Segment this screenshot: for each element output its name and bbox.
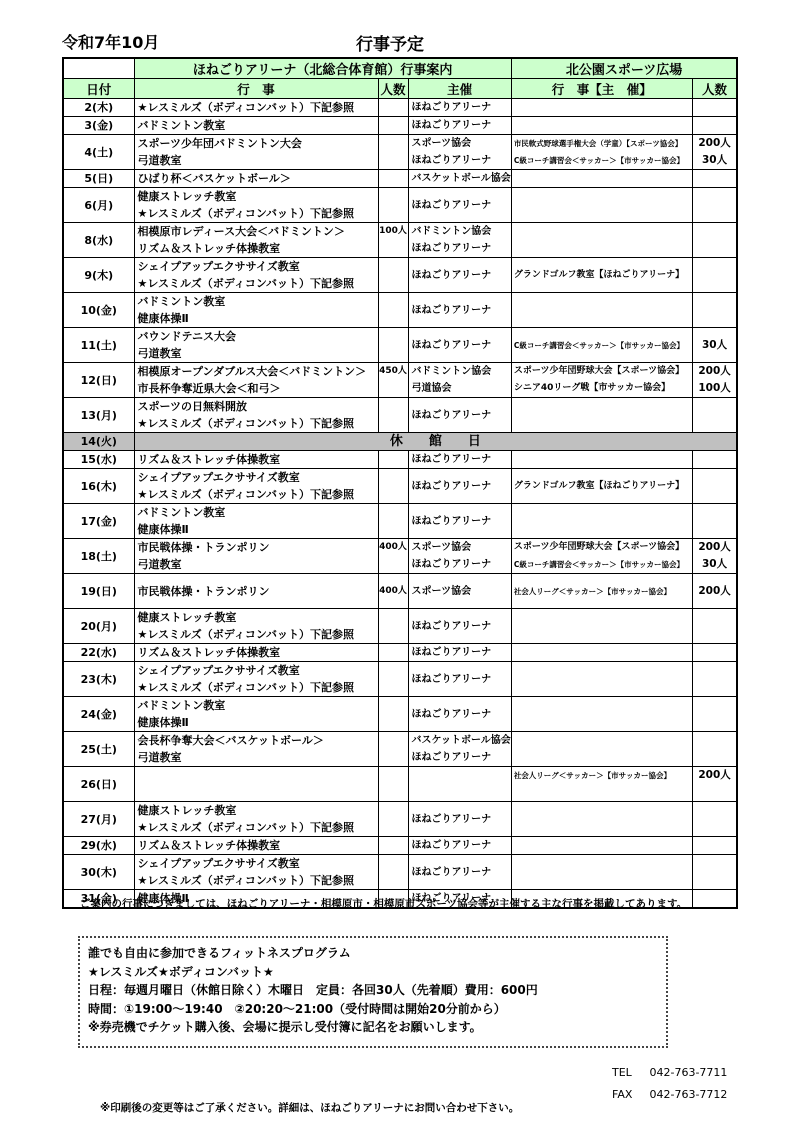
- park-count-cell: 200人: [692, 574, 737, 609]
- date-cell: 26(日): [63, 767, 134, 802]
- event-line: ★レスミルズ（ボディコンバット）下記参照: [135, 415, 378, 432]
- park-count-cell: [692, 662, 737, 697]
- organizer-line: ほねごりアリーナ: [409, 302, 511, 319]
- organizer-line: ほねごりアリーナ: [409, 671, 511, 688]
- closed-day-row: 14(火)休 館 日: [63, 433, 737, 451]
- fitness-program-box: 誰でも自由に参加できるフィットネスプログラム ★レスミルズ★ボディコンバット★ …: [78, 936, 668, 1048]
- organizer-line: ほねごりアリーナ: [409, 337, 511, 354]
- park-event-line: C級コーチ講習会＜サッカー＞【市サッカー協会】: [512, 337, 692, 354]
- event-line: 健康ストレッチ教室: [135, 609, 378, 626]
- event-line: バドミントン教室: [135, 117, 378, 134]
- schedule-row: 8(水)相模原市レディース大会＜バドミントン＞リズム＆ストレッチ体操教室100人…: [63, 223, 737, 258]
- park-event-cell: [511, 293, 692, 328]
- organizer-cell: ほねごりアリーナ: [408, 99, 511, 117]
- event-cell: シェイプアップエクササイズ教室★レスミルズ（ボディコンバット）下記参照: [134, 258, 378, 293]
- date-label: 26(日): [64, 776, 134, 793]
- event-cell: バドミントン教室健康体操Ⅱ: [134, 504, 378, 539]
- date-label: 24(金): [64, 706, 134, 723]
- park-count-cell: [692, 504, 737, 539]
- park-event-line: C級コーチ講習会＜サッカー＞【市サッカー協会】: [512, 556, 692, 573]
- event-line: ★レスミルズ（ボディコンバット）下記参照: [135, 486, 378, 503]
- park-event-line: 社会人リーグ＜サッカー＞【市サッカー協会】: [512, 583, 692, 600]
- organizer-cell: ほねごりアリーナ: [408, 258, 511, 293]
- fax-label: FAX: [612, 1084, 646, 1106]
- park-count-cell: [692, 223, 737, 258]
- park-event-cell: 社会人リーグ＜サッカー＞【市サッカー協会】: [511, 574, 692, 609]
- organizer-line: ほねごりアリーナ: [409, 197, 511, 214]
- event-line: バドミントン教室: [135, 293, 378, 310]
- date-cell: 25(土): [63, 732, 134, 767]
- park-count-line: 30人: [693, 556, 737, 573]
- park-event-cell: [511, 837, 692, 855]
- count-cell: [378, 188, 408, 223]
- count-cell: [378, 293, 408, 328]
- date-cell: 14(火): [63, 433, 134, 451]
- event-line: ★レスミルズ（ボディコンバット）下記参照: [135, 626, 378, 643]
- event-line: リズム＆ストレッチ体操教室: [135, 451, 378, 468]
- event-column-header: 行 事: [134, 79, 378, 99]
- park-count-cell: [692, 732, 737, 767]
- park-count-cell: [692, 890, 737, 909]
- event-cell: スポーツの日無料開放★レスミルズ（ボディコンバット）下記参照: [134, 398, 378, 433]
- organizer-cell: ほねごりアリーナ: [408, 504, 511, 539]
- count-cell: [378, 117, 408, 135]
- event-line: ★レスミルズ（ボディコンバット）下記参照: [135, 679, 378, 696]
- tel-label: TEL: [612, 1062, 646, 1084]
- event-line: ひばり杯＜バスケットボール＞: [135, 170, 378, 187]
- date-cell: 3(金): [63, 117, 134, 135]
- park-count-cell: 200人: [692, 767, 737, 802]
- event-line: 弓道教室: [135, 152, 378, 169]
- date-cell: 15(水): [63, 451, 134, 469]
- park-event-cell: [511, 644, 692, 662]
- schedule-row: 15(水)リズム＆ストレッチ体操教室ほねごりアリーナ: [63, 451, 737, 469]
- count-line: 450人: [379, 363, 408, 380]
- schedule-row: 10(金)バドミントン教室健康体操Ⅱほねごりアリーナ: [63, 293, 737, 328]
- park-event-cell: [511, 99, 692, 117]
- event-line: 健康体操Ⅱ: [135, 714, 378, 731]
- date-cell: 13(月): [63, 398, 134, 433]
- schedule-row: 17(金)バドミントン教室健康体操Ⅱほねごりアリーナ: [63, 504, 737, 539]
- park-group-header: 北公園スポーツ広場: [511, 58, 737, 79]
- organizer-cell: [408, 767, 511, 802]
- schedule-row: 30(木)シェイプアップエクササイズ教室★レスミルズ（ボディコンバット）下記参照…: [63, 855, 737, 890]
- park-event-column-header: 行 事【主 催】: [511, 79, 692, 99]
- park-count-cell: [692, 293, 737, 328]
- date-cell: 18(土): [63, 539, 134, 574]
- organizer-line: ほねごりアリーナ: [409, 152, 511, 169]
- fitness-line: 日程：毎週月曜日（休館日除く）木曜日 定員：各回30人（先着順）費用：600円: [88, 981, 658, 1000]
- date-label: 8(水): [64, 232, 134, 249]
- park-event-cell: [511, 802, 692, 837]
- count-cell: [378, 855, 408, 890]
- schedule-row: 16(木)シェイプアップエクササイズ教室★レスミルズ（ボディコンバット）下記参照…: [63, 469, 737, 504]
- park-event-cell: [511, 732, 692, 767]
- park-count-cell: 30人: [692, 328, 737, 363]
- event-line: スポーツの日無料開放: [135, 398, 378, 415]
- schedule-row: 11(土)バウンドテニス大会弓道教室ほねごりアリーナC級コーチ講習会＜サッカー＞…: [63, 328, 737, 363]
- park-count-cell: [692, 855, 737, 890]
- closed-label: 休 館 日: [135, 433, 737, 450]
- date-cell: 24(金): [63, 697, 134, 732]
- organizer-cell: ほねごりアリーナ: [408, 293, 511, 328]
- event-line: 市民戦体操・トランポリン: [135, 583, 378, 600]
- schedule-row: 18(土)市民戦体操・トランポリン弓道教室400人スポーツ協会ほねごりアリーナス…: [63, 539, 737, 574]
- date-label: 11(土): [64, 337, 134, 354]
- organizer-line: 弓道協会: [409, 380, 511, 397]
- count-cell: 400人: [378, 539, 408, 574]
- organizer-cell: バドミントン協会ほねごりアリーナ: [408, 223, 511, 258]
- column-header-row: 日付 行 事 人数 主催 行 事【主 催】 人数: [63, 79, 737, 99]
- schedule-row: 19(日)市民戦体操・トランポリン400人スポーツ協会社会人リーグ＜サッカー＞【…: [63, 574, 737, 609]
- organizer-line: ほねごりアリーナ: [409, 706, 511, 723]
- event-line: 弓道教室: [135, 556, 378, 573]
- organizer-line: ほねごりアリーナ: [409, 837, 511, 854]
- park-event-line: 市民軟式野球選手権大会（学童）【スポーツ協会】: [512, 135, 692, 152]
- count-cell: [378, 99, 408, 117]
- count-cell: [378, 504, 408, 539]
- tel-number: 042-763-7711: [650, 1066, 728, 1079]
- event-line: バドミントン教室: [135, 697, 378, 714]
- park-count-line: 200人: [693, 767, 737, 784]
- date-label: 9(木): [64, 267, 134, 284]
- park-event-cell: C級コーチ講習会＜サッカー＞【市サッカー協会】: [511, 328, 692, 363]
- schedule-row: 22(水)リズム＆ストレッチ体操教室ほねごりアリーナ: [63, 644, 737, 662]
- park-count-line: 30人: [693, 337, 737, 354]
- organizer-line: ほねごりアリーナ: [409, 864, 511, 881]
- event-cell: 会長杯争奪大会＜バスケットボール＞弓道教室: [134, 732, 378, 767]
- event-line: 市長杯争奪近県大会＜和弓＞: [135, 380, 378, 397]
- event-line: リズム＆ストレッチ体操教室: [135, 644, 378, 661]
- organizer-cell: バスケットボール協会: [408, 170, 511, 188]
- organizer-line: ほねごりアリーナ: [409, 556, 511, 573]
- count-line: 400人: [379, 539, 408, 556]
- park-count-cell: [692, 469, 737, 504]
- date-label: 16(木): [64, 478, 134, 495]
- event-cell: 相模原市レディース大会＜バドミントン＞リズム＆ストレッチ体操教室: [134, 223, 378, 258]
- date-label: 17(金): [64, 513, 134, 530]
- park-event-cell: グランドゴルフ教室【ほねごりアリーナ】: [511, 469, 692, 504]
- organizer-cell: バスケットボール協会ほねごりアリーナ: [408, 732, 511, 767]
- date-label: 20(月): [64, 618, 134, 635]
- organizer-cell: ほねごりアリーナ: [408, 117, 511, 135]
- date-cell: 12(日): [63, 363, 134, 398]
- fitness-line: 時間：①19:00～19:40 ②20:20～21:00（受付時間は開始20分前…: [88, 1000, 658, 1019]
- count-line: [379, 556, 408, 573]
- date-cell: 2(木): [63, 99, 134, 117]
- date-cell: 16(木): [63, 469, 134, 504]
- count-cell: [378, 135, 408, 170]
- organizer-cell: ほねごりアリーナ: [408, 802, 511, 837]
- organizer-line: ほねごりアリーナ: [409, 240, 511, 257]
- event-cell: シェイプアップエクササイズ教室★レスミルズ（ボディコンバット）下記参照: [134, 662, 378, 697]
- count-cell: [378, 170, 408, 188]
- park-event-cell: [511, 117, 692, 135]
- closed-label-cell: 休 館 日: [134, 433, 737, 451]
- event-line: 会長杯争奪大会＜バスケットボール＞: [135, 732, 378, 749]
- organizer-line: スポーツ協会: [409, 583, 511, 600]
- event-line: ★レスミルズ（ボディコンバット）下記参照: [135, 819, 378, 836]
- organizer-cell: ほねごりアリーナ: [408, 697, 511, 732]
- count-cell: [378, 609, 408, 644]
- organizer-cell: スポーツ協会ほねごりアリーナ: [408, 539, 511, 574]
- organizer-line: バスケットボール協会: [409, 732, 511, 749]
- event-line: 健康ストレッチ教室: [135, 188, 378, 205]
- schedule-note: ご案内の行事につきましては、ほねごりアリーナ・相模原市・相模原市スポーツ協会等が…: [80, 896, 687, 911]
- organizer-line: バドミントン協会: [409, 223, 511, 240]
- park-event-line: グランドゴルフ教室【ほねごりアリーナ】: [512, 267, 692, 284]
- event-cell: バドミントン教室: [134, 117, 378, 135]
- organizer-line: ほねごりアリーナ: [409, 513, 511, 530]
- date-label: 14(火): [64, 433, 134, 450]
- event-line: リズム＆ストレッチ体操教室: [135, 837, 378, 854]
- date-cell: 9(木): [63, 258, 134, 293]
- park-count-line: [693, 478, 737, 495]
- date-cell: 6(月): [63, 188, 134, 223]
- event-cell: シェイプアップエクササイズ教室★レスミルズ（ボディコンバット）下記参照: [134, 469, 378, 504]
- park-count-cell: [692, 258, 737, 293]
- date-column-header: 日付: [63, 79, 134, 99]
- schedule-row: 6(月)健康ストレッチ教室★レスミルズ（ボディコンバット）下記参照ほねごりアリー…: [63, 188, 737, 223]
- count-cell: [378, 697, 408, 732]
- organizer-line: ほねごりアリーナ: [409, 267, 511, 284]
- event-line: ★レスミルズ（ボディコンバット）下記参照: [135, 205, 378, 222]
- park-event-cell: グランドゴルフ教室【ほねごりアリーナ】: [511, 258, 692, 293]
- event-cell: 市民戦体操・トランポリン: [134, 574, 378, 609]
- event-cell: 健康ストレッチ教室★レスミルズ（ボディコンバット）下記参照: [134, 609, 378, 644]
- event-line: ★レスミルズ（ボディコンバット）下記参照: [135, 275, 378, 292]
- park-event-cell: [511, 188, 692, 223]
- park-event-line: グランドゴルフ教室【ほねごりアリーナ】: [512, 478, 692, 495]
- event-line: 弓道教室: [135, 345, 378, 362]
- schedule-row: 29(水)リズム＆ストレッチ体操教室ほねごりアリーナ: [63, 837, 737, 855]
- count-line: 100人: [379, 223, 408, 240]
- organizer-cell: ほねごりアリーナ: [408, 188, 511, 223]
- park-count-line: 30人: [693, 152, 737, 169]
- title-row: 令和7年10月 行事予定: [62, 30, 734, 53]
- event-line: バウンドテニス大会: [135, 328, 378, 345]
- count-line: [379, 380, 408, 397]
- organizer-line: ほねごりアリーナ: [409, 407, 511, 424]
- event-cell: リズム＆ストレッチ体操教室: [134, 644, 378, 662]
- park-count-cell: [692, 451, 737, 469]
- event-line: シェイプアップエクササイズ教室: [135, 855, 378, 872]
- schedule-row: 2(木)★レスミルズ（ボディコンバット）下記参照ほねごりアリーナ: [63, 99, 737, 117]
- count-cell: [378, 767, 408, 802]
- park-count-cell: [692, 837, 737, 855]
- date-label: 22(水): [64, 644, 134, 661]
- park-count-cell: [692, 170, 737, 188]
- organizer-line: ほねごりアリーナ: [409, 618, 511, 635]
- contact-block: TEL 042-763-7711 FAX 042-763-7712: [612, 1062, 727, 1106]
- fitness-line: ★レスミルズ★ボディコンバット★: [88, 963, 658, 982]
- date-label: 5(日): [64, 170, 134, 187]
- date-cell: 19(日): [63, 574, 134, 609]
- organizer-cell: スポーツ協会ほねごりアリーナ: [408, 135, 511, 170]
- park-event-cell: 市民軟式野球選手権大会（学童）【スポーツ協会】C級コーチ講習会＜サッカー＞【市サ…: [511, 135, 692, 170]
- event-cell: 市民戦体操・トランポリン弓道教室: [134, 539, 378, 574]
- fitness-line: ※券売機でチケット購入後、会場に提示し受付簿に記名をお願いします。: [88, 1018, 658, 1037]
- park-event-line: シニア40リーグ戦【市サッカー協会】: [512, 380, 692, 397]
- document-page: 令和7年10月 行事予定 ほねごりアリーナ（北総合体育館）行事案内 北公園スポー…: [0, 0, 793, 1122]
- event-line: ★レスミルズ（ボディコンバット）下記参照: [135, 872, 378, 889]
- park-event-cell: [511, 398, 692, 433]
- event-line: シェイプアップエクササイズ教室: [135, 258, 378, 275]
- date-cell: 22(水): [63, 644, 134, 662]
- park-count-cell: 200人30人: [692, 539, 737, 574]
- organizer-line: バドミントン協会: [409, 363, 511, 380]
- date-cell: 8(水): [63, 223, 134, 258]
- schedule-row: 4(土)スポーツ少年団バドミントン大会弓道教室スポーツ協会ほねごりアリーナ市民軟…: [63, 135, 737, 170]
- tel-row: TEL 042-763-7711: [612, 1062, 727, 1084]
- date-cell: 10(金): [63, 293, 134, 328]
- park-event-cell: [511, 170, 692, 188]
- park-count-cell: 200人30人: [692, 135, 737, 170]
- schedule-row: 20(月)健康ストレッチ教室★レスミルズ（ボディコンバット）下記参照ほねごりアリ…: [63, 609, 737, 644]
- organizer-line: ほねごりアリーナ: [409, 644, 511, 661]
- count-cell: [378, 328, 408, 363]
- event-cell: シェイプアップエクササイズ教室★レスミルズ（ボディコンバット）下記参照: [134, 855, 378, 890]
- event-cell: 相模原オープンダブルス大会＜バドミントン＞市長杯争奪近県大会＜和弓＞: [134, 363, 378, 398]
- schedule-row: 9(木)シェイプアップエクササイズ教室★レスミルズ（ボディコンバット）下記参照ほ…: [63, 258, 737, 293]
- schedule-row: 27(月)健康ストレッチ教室★レスミルズ（ボディコンバット）下記参照ほねごりアリ…: [63, 802, 737, 837]
- park-event-cell: スポーツ少年団野球大会【スポーツ協会】C級コーチ講習会＜サッカー＞【市サッカー協…: [511, 539, 692, 574]
- organizer-cell: バドミントン協会弓道協会: [408, 363, 511, 398]
- date-label: 18(土): [64, 548, 134, 565]
- date-label: 2(木): [64, 99, 134, 116]
- park-event-cell: [511, 609, 692, 644]
- organizer-cell: ほねごりアリーナ: [408, 328, 511, 363]
- park-event-line: 社会人リーグ＜サッカー＞【市サッカー協会】: [512, 767, 692, 784]
- event-line: ★レスミルズ（ボディコンバット）下記参照: [135, 99, 378, 116]
- park-count-cell: [692, 99, 737, 117]
- count-line: [379, 240, 408, 257]
- date-label: 10(金): [64, 302, 134, 319]
- park-event-line: C級コーチ講習会＜サッカー＞【市サッカー協会】: [512, 152, 692, 169]
- count-cell: [378, 837, 408, 855]
- park-count-cell: 200人100人: [692, 363, 737, 398]
- park-count-cell: [692, 609, 737, 644]
- event-line: 健康体操Ⅱ: [135, 310, 378, 327]
- count-cell: 450人: [378, 363, 408, 398]
- park-event-cell: スポーツ少年団野球大会【スポーツ協会】シニア40リーグ戦【市サッカー協会】: [511, 363, 692, 398]
- date-cell: 29(水): [63, 837, 134, 855]
- event-cell: ★レスミルズ（ボディコンバット）下記参照: [134, 99, 378, 117]
- organizer-line: ほねごりアリーナ: [409, 811, 511, 828]
- count-cell: [378, 469, 408, 504]
- schedule-row: 26(日)社会人リーグ＜サッカー＞【市サッカー協会】200人: [63, 767, 737, 802]
- event-line: シェイプアップエクササイズ教室: [135, 662, 378, 679]
- event-line: 健康ストレッチ教室: [135, 802, 378, 819]
- park-event-cell: [511, 451, 692, 469]
- event-cell: バドミントン教室健康体操Ⅱ: [134, 293, 378, 328]
- count-cell: 100人: [378, 223, 408, 258]
- schedule-row: 25(土)会長杯争奪大会＜バスケットボール＞弓道教室バスケットボール協会ほねごり…: [63, 732, 737, 767]
- park-event-cell: [511, 223, 692, 258]
- date-label: 3(金): [64, 117, 134, 134]
- date-cell: 17(金): [63, 504, 134, 539]
- schedule-row: 5(日)ひばり杯＜バスケットボール＞バスケットボール協会: [63, 170, 737, 188]
- date-cell: 23(木): [63, 662, 134, 697]
- date-label: 13(月): [64, 407, 134, 424]
- schedule-row: 23(木)シェイプアップエクササイズ教室★レスミルズ（ボディコンバット）下記参照…: [63, 662, 737, 697]
- date-cell: 11(土): [63, 328, 134, 363]
- park-event-cell: [511, 697, 692, 732]
- date-label: 12(日): [64, 372, 134, 389]
- count-line: 400人: [379, 583, 408, 600]
- date-cell: 30(木): [63, 855, 134, 890]
- count-cell: [378, 662, 408, 697]
- count-cell: [378, 732, 408, 767]
- event-cell: ひばり杯＜バスケットボール＞: [134, 170, 378, 188]
- park-count-cell: [692, 398, 737, 433]
- footer-note: ※印刷後の変更等はご了承ください。詳細は、ほねごりアリーナにお問い合わせ下さい。: [100, 1100, 519, 1115]
- date-cell: 27(月): [63, 802, 134, 837]
- schedule-table: ほねごりアリーナ（北総合体育館）行事案内 北公園スポーツ広場 日付 行 事 人数…: [62, 57, 738, 909]
- event-cell: 健康ストレッチ教室★レスミルズ（ボディコンバット）下記参照: [134, 802, 378, 837]
- park-event-line: スポーツ少年団野球大会【スポーツ協会】: [512, 539, 692, 556]
- group-header-row: ほねごりアリーナ（北総合体育館）行事案内 北公園スポーツ広場: [63, 58, 737, 79]
- organizer-line: スポーツ協会: [409, 135, 511, 152]
- park-event-cell: 社会人リーグ＜サッカー＞【市サッカー協会】: [511, 767, 692, 802]
- park-event-cell: [511, 504, 692, 539]
- event-cell: リズム＆ストレッチ体操教室: [134, 837, 378, 855]
- park-event-cell: [511, 662, 692, 697]
- organizer-line: ほねごりアリーナ: [409, 99, 511, 116]
- park-count-cell: [692, 188, 737, 223]
- date-label: 23(木): [64, 671, 134, 688]
- park-count-line: 100人: [693, 380, 737, 397]
- page-title: 行事予定: [356, 30, 424, 55]
- count-cell: [378, 451, 408, 469]
- organizer-line: スポーツ協会: [409, 539, 511, 556]
- park-count-line: 200人: [693, 539, 737, 556]
- count-cell: [378, 644, 408, 662]
- count-cell: [378, 398, 408, 433]
- schedule-row: 24(金)バドミントン教室健康体操Ⅱほねごりアリーナ: [63, 697, 737, 732]
- date-label: 27(月): [64, 811, 134, 828]
- park-count-line: 200人: [693, 135, 737, 152]
- fax-number: 042-763-7712: [650, 1088, 728, 1101]
- date-cell: 20(月): [63, 609, 134, 644]
- organizer-cell: ほねごりアリーナ: [408, 609, 511, 644]
- event-line: 健康体操Ⅱ: [135, 521, 378, 538]
- park-count-line: 200人: [693, 363, 737, 380]
- date-label: 29(水): [64, 837, 134, 854]
- fax-row: FAX 042-763-7712: [612, 1084, 727, 1106]
- date-label: 30(木): [64, 864, 134, 881]
- park-count-column-header: 人数: [692, 79, 737, 99]
- park-count-line: 200人: [693, 583, 737, 600]
- event-line: スポーツ少年団バドミントン大会: [135, 135, 378, 152]
- event-cell: [134, 767, 378, 802]
- event-line: 市民戦体操・トランポリン: [135, 539, 378, 556]
- organizer-line: ほねごりアリーナ: [409, 451, 511, 468]
- event-line: 相模原市レディース大会＜バドミントン＞: [135, 223, 378, 240]
- organizer-cell: ほねごりアリーナ: [408, 855, 511, 890]
- count-column-header: 人数: [378, 79, 408, 99]
- date-label: 6(月): [64, 197, 134, 214]
- event-line: リズム＆ストレッチ体操教室: [135, 240, 378, 257]
- event-line: シェイプアップエクササイズ教室: [135, 469, 378, 486]
- event-line: バドミントン教室: [135, 504, 378, 521]
- date-cell: 4(土): [63, 135, 134, 170]
- organizer-cell: ほねごりアリーナ: [408, 398, 511, 433]
- park-count-line: [693, 267, 737, 284]
- event-cell: スポーツ少年団バドミントン大会弓道教室: [134, 135, 378, 170]
- organizer-line: ほねごりアリーナ: [409, 478, 511, 495]
- organizer-column-header: 主催: [408, 79, 511, 99]
